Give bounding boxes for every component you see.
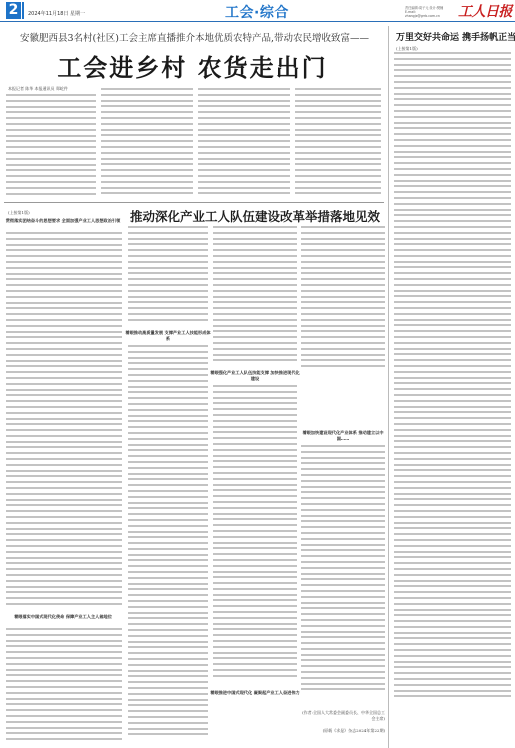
main-source: (原载《求是》杂志2024年第22期) (301, 728, 385, 734)
main-column-3b (301, 445, 385, 695)
lead-column-1 (6, 94, 96, 198)
section-title: 工会·综合 (225, 2, 289, 22)
left-subhead-2: 着眼落实中国式现代化使命 保障产业工人主人翁地位 (4, 614, 122, 620)
newspaper-logo: 工人日报 (458, 1, 512, 21)
left-body-2 (6, 628, 122, 746)
issue-date: 2024年11月18日 星期一 (28, 10, 85, 17)
main-column-2a (213, 226, 297, 366)
left-source-tag: (上接第1版) (8, 210, 30, 216)
main-subhead-1: 着眼推动高质量发展 支撑产业工人技能形成体系 (124, 330, 212, 342)
editor-info: 责任编辑:周子元 设计:樊楠 E-mail: zhangjx@grrb.com.… (405, 6, 445, 18)
lead-column-2 (101, 88, 193, 198)
main-column-1a (128, 226, 208, 326)
left-subhead-1: 贯彻落实团结奋斗的思想要求 全面加强产业工人思想政治引领 (4, 218, 122, 224)
lead-headline[interactable]: 工会进乡村 农货走出门 (0, 48, 385, 83)
column-divider (388, 26, 389, 748)
page-number: 2 (6, 2, 21, 19)
sidebar-body (394, 52, 511, 712)
lead-byline: 本报记者 陈华 本报通讯员 郑屹件 (8, 86, 68, 92)
story-divider (4, 202, 384, 203)
page-masthead: 2 2024年11月18日 星期一 工会·综合 责任编辑:周子元 设计:樊楠 E… (0, 0, 515, 22)
main-subhead-2: 着眼强化产业工人队伍技能支撑 加快推进现代化建设 (210, 370, 300, 382)
left-body (6, 232, 122, 612)
main-subhead-3: 着眼推进中国式现代化 凝聚起产业工人奋进伟力 (210, 690, 300, 696)
page-number-bar (22, 2, 24, 19)
lead-column-4 (295, 88, 381, 198)
main-subhead-4: 着眼加快建设现代化产业体系 推动建立以中国…… (298, 430, 388, 442)
lead-column-3 (198, 88, 290, 198)
main-column-2b (213, 385, 297, 685)
main-author-note: (作者:全国人大常委会副委员长、中华全国总工会主席) (301, 710, 385, 722)
lead-kicker: 安徽肥西县3名村(社区)工会主席直播推介本地优质农特产品,带动农民增收致富—— (20, 30, 380, 44)
sidebar-headline[interactable]: 万里交好共命运 携手扬帆正当时 (396, 30, 511, 43)
main-headline[interactable]: 推动深化产业工人队伍建设改革举措落地见效 (130, 207, 380, 225)
main-column-3a (301, 226, 385, 376)
main-column-1b (128, 345, 208, 745)
